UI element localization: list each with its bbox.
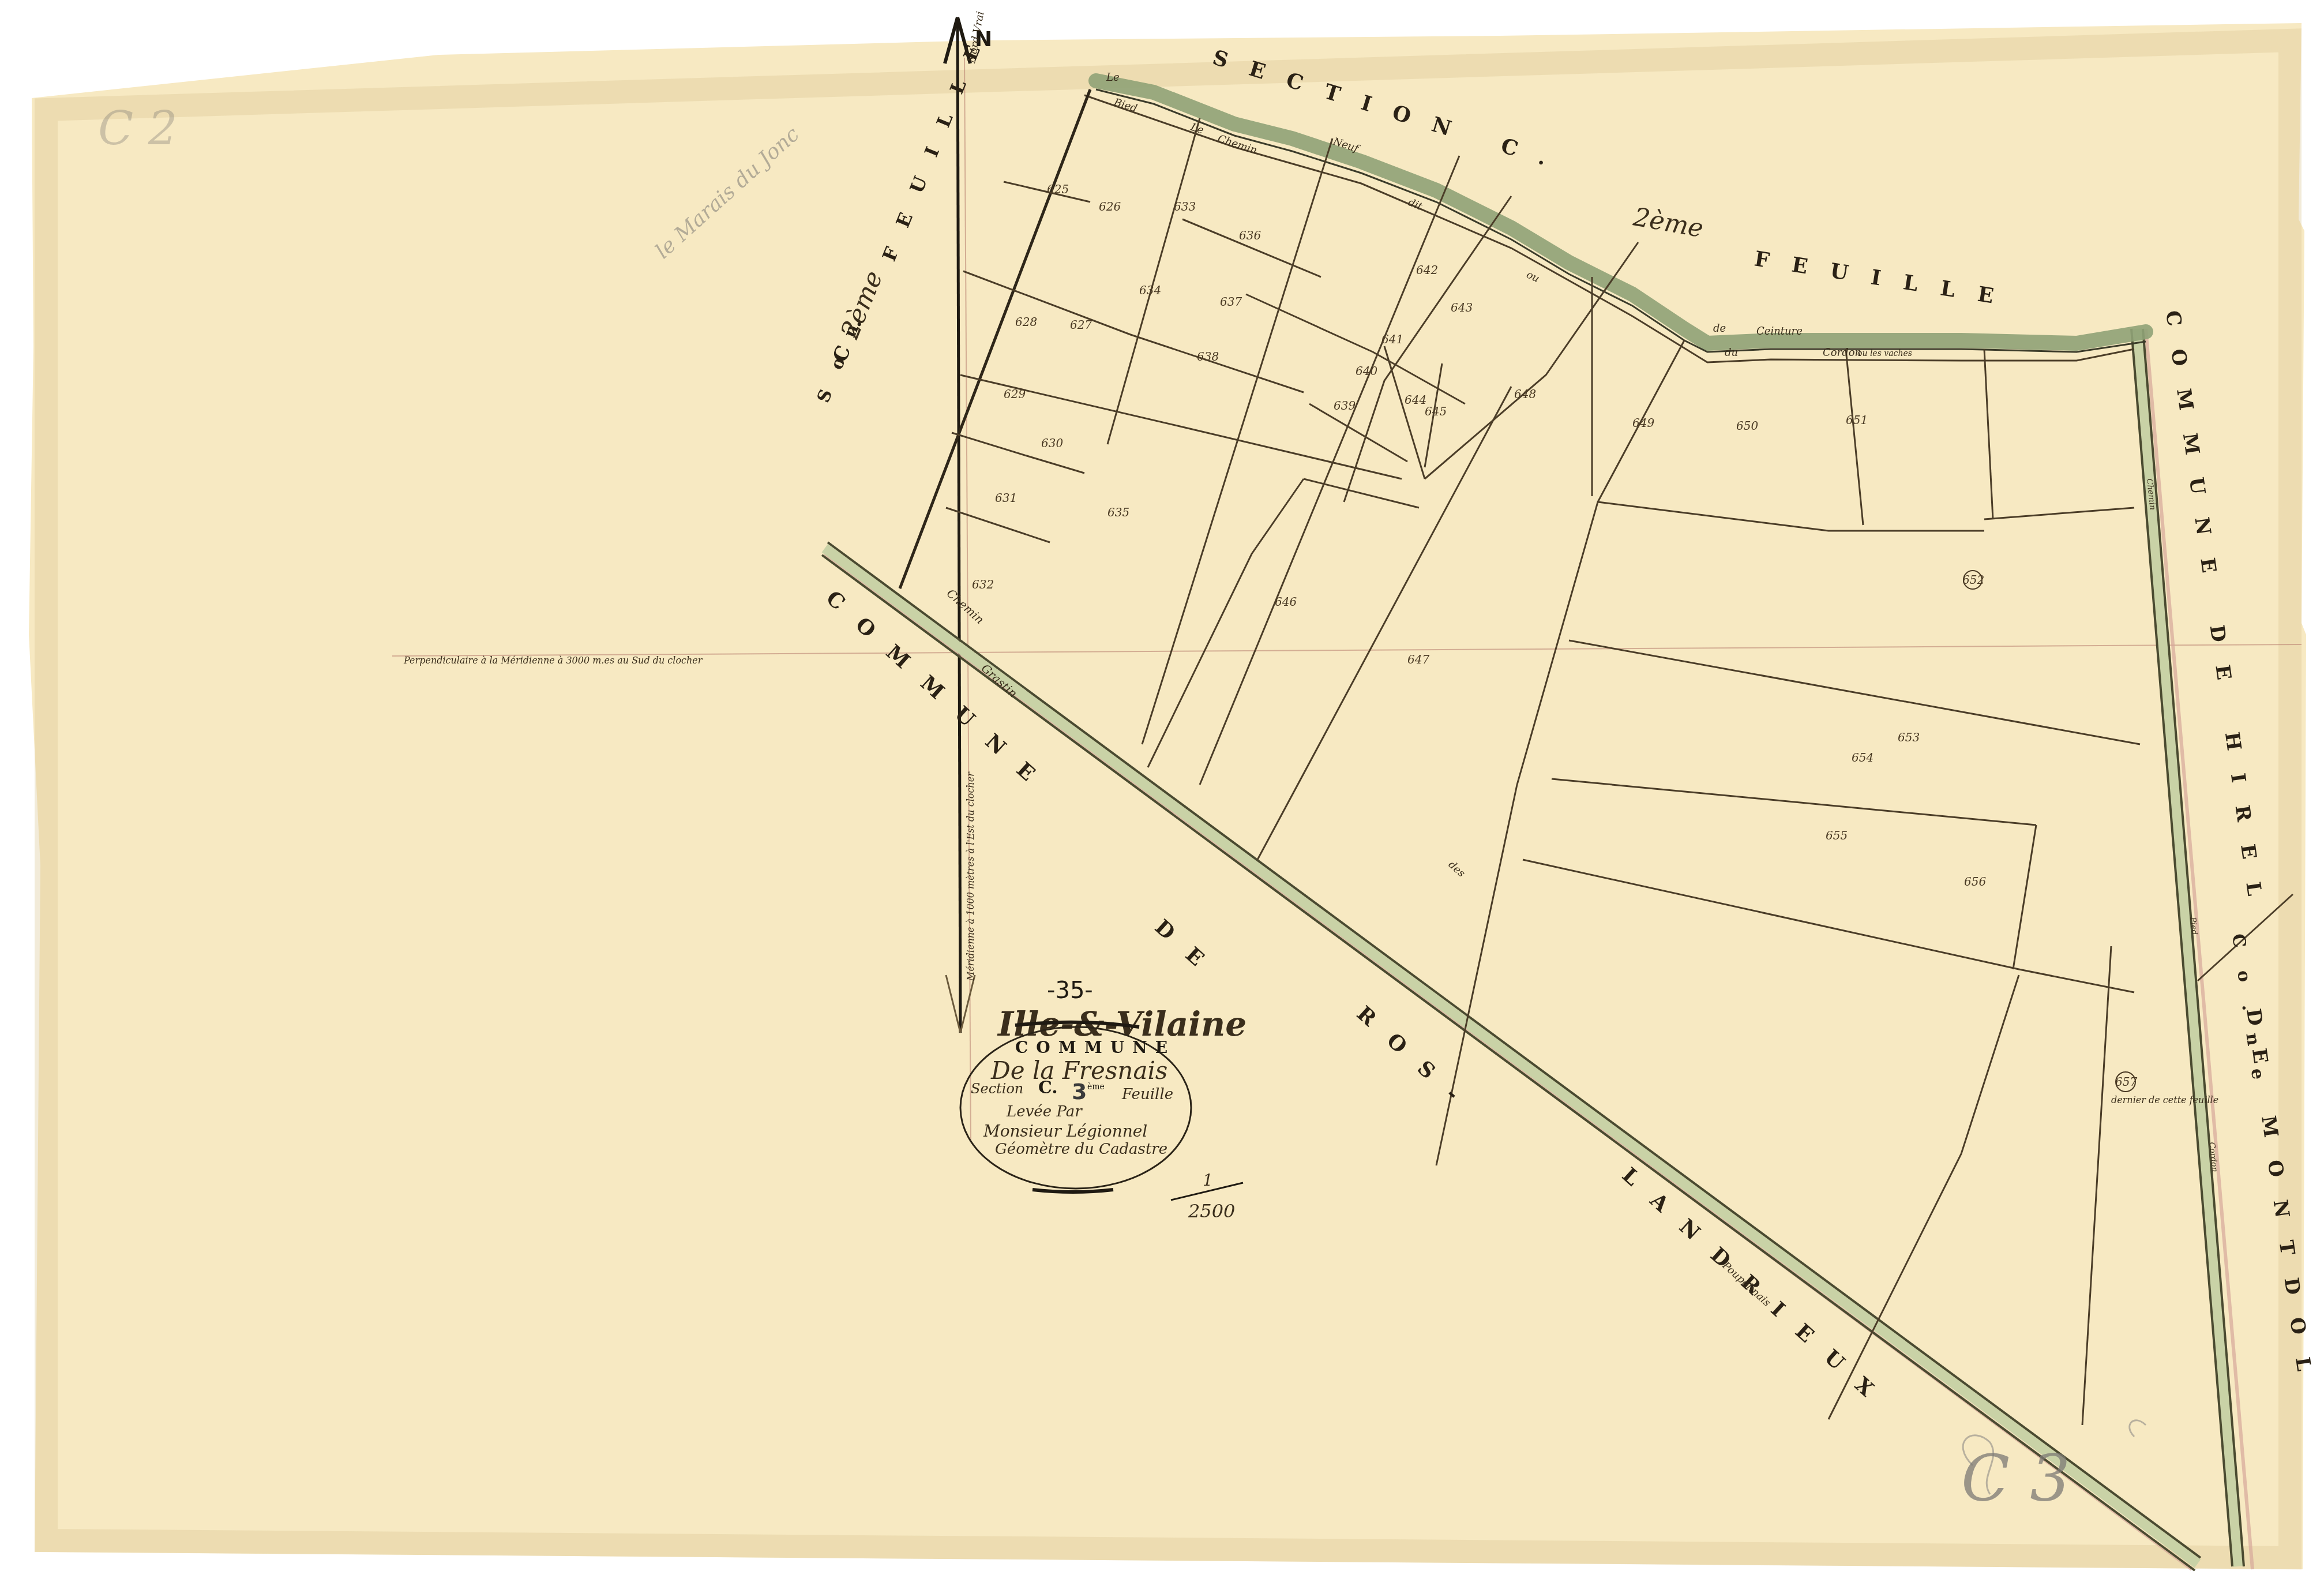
parcel-642[interactable]: 642 [1416,263,1438,277]
parcel-652[interactable]: 652 [1962,573,1984,587]
east-road-label-pied: Pied [2188,916,2199,936]
parcel-629[interactable]: 629 [1004,387,1026,401]
parcel-646[interactable]: 646 [1275,595,1297,609]
parcel-649[interactable]: 649 [1632,416,1654,430]
parcel-636[interactable]: 636 [1239,228,1261,242]
parcel-657[interactable]: 657 [2115,1075,2137,1089]
canal-label-vaches: ou les vaches [1857,349,1912,358]
canal-label-cordon: Cordon [1823,347,1861,359]
cartouche-section-label: Section [971,1081,1023,1097]
meridian-label: Méridienne à 1000 mètres à l'Est du cloc… [965,771,976,981]
parcel-643[interactable]: 643 [1451,301,1473,314]
parcel-632[interactable]: 632 [972,578,994,591]
parcel-627[interactable]: 627 [1070,318,1092,332]
cartouche-sheet-number: 3 [1072,1079,1087,1104]
parcel-639[interactable]: 639 [1334,399,1356,413]
cartouche-surveyor-title: Géomètre du Cadastre [995,1141,1167,1158]
parcel-650[interactable]: 650 [1736,419,1758,433]
parcel-635[interactable]: 635 [1107,505,1129,519]
parcel-644[interactable]: 644 [1405,393,1426,407]
parcel-637[interactable]: 637 [1220,295,1242,309]
parcel-648[interactable]: 648 [1514,387,1536,401]
cartouche-surveyed-by: Levée Par [1006,1103,1083,1120]
cartouche-surveyor: Monsieur Légionnel [983,1122,1147,1141]
pencil-note-c3: C 3 [1961,1441,2070,1515]
parcel-638[interactable]: 638 [1197,350,1219,363]
cartouche-section: C. [1038,1078,1058,1098]
scale-denominator: 2500 [1188,1200,1235,1222]
parcel-626[interactable]: 626 [1099,200,1121,213]
last-parcel-note: dernier de cette feuille [2111,1094,2218,1105]
canal-label-le: Le [1106,72,1120,84]
parcel-654[interactable]: 654 [1852,751,1874,764]
cadastral-map: N Nord Vrai SECTION C. 2ème FEUILLE Son … [0,0,2324,1582]
parcel-645[interactable]: 645 [1425,404,1447,418]
canal-label-de: de [1713,323,1726,335]
pencil-note-c2: C 2 [98,102,178,155]
parcel-656[interactable]: 656 [1964,875,1986,889]
parcel-634[interactable]: 634 [1139,283,1161,297]
parcel-651[interactable]: 651 [1846,413,1868,427]
parcel-647[interactable]: 647 [1407,653,1429,666]
parcel-655[interactable]: 655 [1826,829,1848,842]
cartouche-commune: COMMUNE [1015,1038,1176,1057]
scale-numerator: 1 [1203,1171,1213,1190]
parcel-628[interactable]: 628 [1015,315,1037,329]
parcel-640[interactable]: 640 [1356,364,1377,378]
parcel-631[interactable]: 631 [995,491,1017,505]
parcel-625[interactable]: 625 [1047,182,1069,196]
parcel-630[interactable]: 630 [1041,436,1063,450]
parcel-641[interactable]: 641 [1381,332,1403,346]
parcel-633[interactable]: 633 [1174,200,1196,213]
department-number: -35- [1047,977,1093,1004]
canal-label-du: du [1725,347,1738,359]
canal-label-ceinture: Ceinture [1756,325,1803,338]
parcel-653[interactable]: 653 [1898,730,1920,744]
cartouche-sheet-suffix: ème [1087,1082,1105,1092]
cartouche-feuille: Feuille [1121,1086,1173,1103]
perpendicular-label: Perpendiculaire à la Méridienne à 3000 m… [403,655,703,666]
